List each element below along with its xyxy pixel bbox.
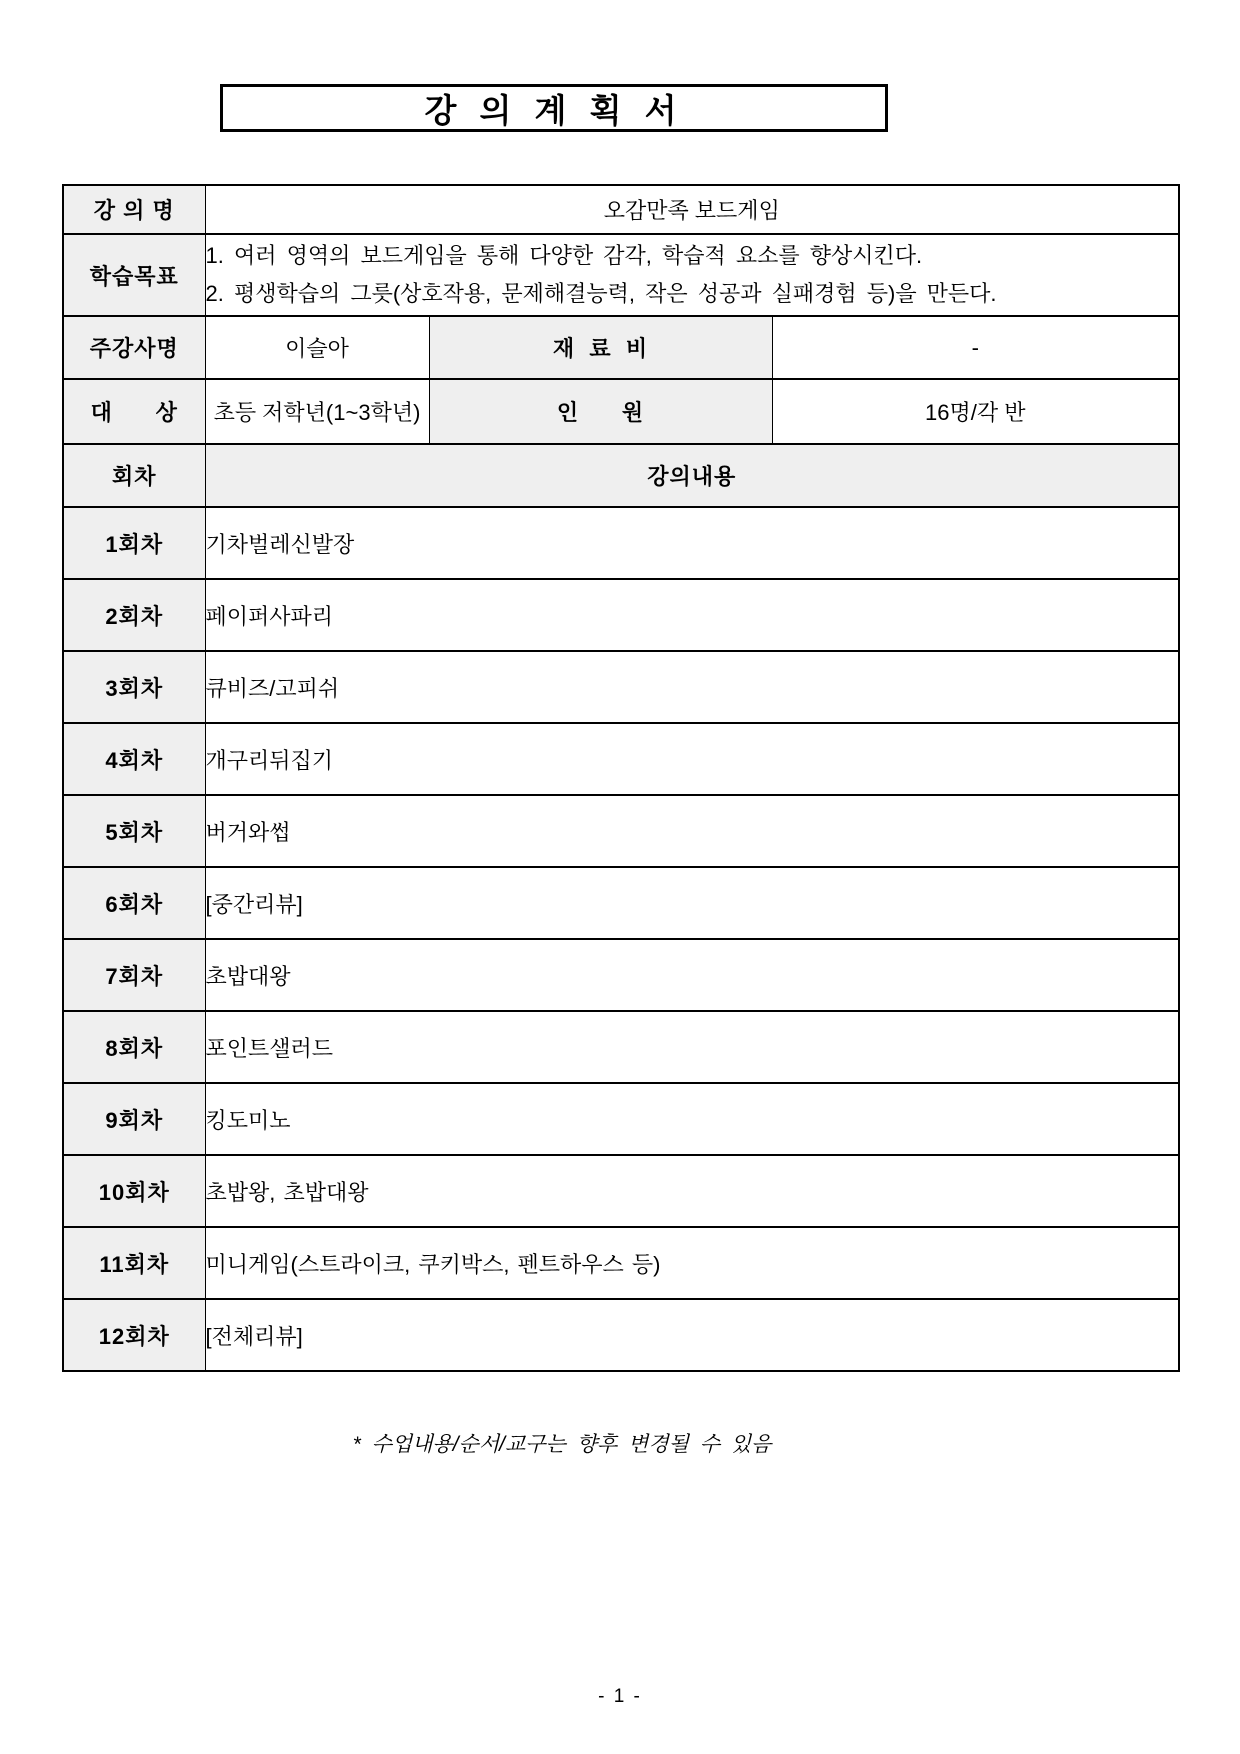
- session-row-4: 4회차 개구리뒤집기: [63, 723, 1179, 795]
- session-row-3: 3회차 큐비즈/고피쉬: [63, 651, 1179, 723]
- session-row-2: 2회차 페이퍼사파리: [63, 579, 1179, 651]
- session-row-8: 8회차 포인트샐러드: [63, 1011, 1179, 1083]
- session-number: 10회차: [63, 1155, 205, 1227]
- objective-line-1: 1. 여러 영역의 보드게임을 통해 다양한 감각, 학습적 요소를 향상시킨다…: [206, 237, 1179, 275]
- instructor-row: 주강사명 이슬아 재 료 비 -: [63, 316, 1179, 379]
- course-name-label: 강 의 명: [63, 185, 205, 234]
- objectives-label: 학습목표: [63, 234, 205, 316]
- change-disclaimer-note: * 수업내용/순서/교구는 향후 변경될 수 있음: [0, 1428, 1124, 1458]
- content-column-header: 강의내용: [205, 444, 1179, 507]
- session-content: [중간리뷰]: [205, 867, 1179, 939]
- session-number: 4회차: [63, 723, 205, 795]
- target-row: 대 상 초등 저학년(1~3학년) 인 원 16명/각 반: [63, 379, 1179, 444]
- target-value: 초등 저학년(1~3학년): [205, 379, 429, 444]
- session-number: 3회차: [63, 651, 205, 723]
- objectives-row: 학습목표 1. 여러 영역의 보드게임을 통해 다양한 감각, 학습적 요소를 …: [63, 234, 1179, 316]
- session-number: 9회차: [63, 1083, 205, 1155]
- session-row-9: 9회차 킹도미노: [63, 1083, 1179, 1155]
- headcount-value: 16명/각 반: [772, 379, 1179, 444]
- session-content: 초밥왕, 초밥대왕: [205, 1155, 1179, 1227]
- session-content: 버거와썹: [205, 795, 1179, 867]
- session-content: 개구리뒤집기: [205, 723, 1179, 795]
- session-number: 12회차: [63, 1299, 205, 1371]
- session-row-7: 7회차 초밥대왕: [63, 939, 1179, 1011]
- material-fee-label: 재 료 비: [429, 316, 772, 379]
- page-number: - 1 -: [0, 1686, 1240, 1708]
- material-fee-value: -: [772, 316, 1179, 379]
- session-number: 11회차: [63, 1227, 205, 1299]
- document-title: 강 의 계 획 서: [424, 85, 683, 132]
- session-number: 5회차: [63, 795, 205, 867]
- course-info-table: 강 의 명 오감만족 보드게임 학습목표 1. 여러 영역의 보드게임을 통해 …: [62, 184, 1180, 1372]
- session-row-6: 6회차 [중간리뷰]: [63, 867, 1179, 939]
- session-number: 8회차: [63, 1011, 205, 1083]
- objective-line-2: 2. 평생학습의 그릇(상호작용, 문제해결능력, 작은 성공과 실패경험 등)…: [206, 275, 1179, 313]
- document-title-box: 강 의 계 획 서: [220, 84, 888, 132]
- instructor-value: 이슬아: [205, 316, 429, 379]
- session-content: 미니게임(스트라이크, 쿠키박스, 펜트하우스 등): [205, 1227, 1179, 1299]
- session-number: 1회차: [63, 507, 205, 579]
- session-content: [전체리뷰]: [205, 1299, 1179, 1371]
- session-row-1: 1회차 기차벌레신발장: [63, 507, 1179, 579]
- session-row-12: 12회차 [전체리뷰]: [63, 1299, 1179, 1371]
- target-label: 대 상: [63, 379, 205, 444]
- session-row-5: 5회차 버거와썹: [63, 795, 1179, 867]
- document-page: 강 의 계 획 서 강 의 명 오감만족 보드게임 학습목표 1. 여러 영역의…: [0, 0, 1240, 1754]
- headcount-label: 인 원: [429, 379, 772, 444]
- session-content: 기차벌레신발장: [205, 507, 1179, 579]
- schedule-header-row: 회차 강의내용: [63, 444, 1179, 507]
- session-number: 7회차: [63, 939, 205, 1011]
- session-content: 페이퍼사파리: [205, 579, 1179, 651]
- session-content: 초밥대왕: [205, 939, 1179, 1011]
- session-number: 2회차: [63, 579, 205, 651]
- session-content: 큐비즈/고피쉬: [205, 651, 1179, 723]
- instructor-label: 주강사명: [63, 316, 205, 379]
- course-name-row: 강 의 명 오감만족 보드게임: [63, 185, 1179, 234]
- session-row-10: 10회차 초밥왕, 초밥대왕: [63, 1155, 1179, 1227]
- course-name-value: 오감만족 보드게임: [205, 185, 1179, 234]
- session-content: 킹도미노: [205, 1083, 1179, 1155]
- objectives-value: 1. 여러 영역의 보드게임을 통해 다양한 감각, 학습적 요소를 향상시킨다…: [205, 234, 1179, 316]
- session-content: 포인트샐러드: [205, 1011, 1179, 1083]
- session-number: 6회차: [63, 867, 205, 939]
- session-column-header: 회차: [63, 444, 205, 507]
- session-row-11: 11회차 미니게임(스트라이크, 쿠키박스, 펜트하우스 등): [63, 1227, 1179, 1299]
